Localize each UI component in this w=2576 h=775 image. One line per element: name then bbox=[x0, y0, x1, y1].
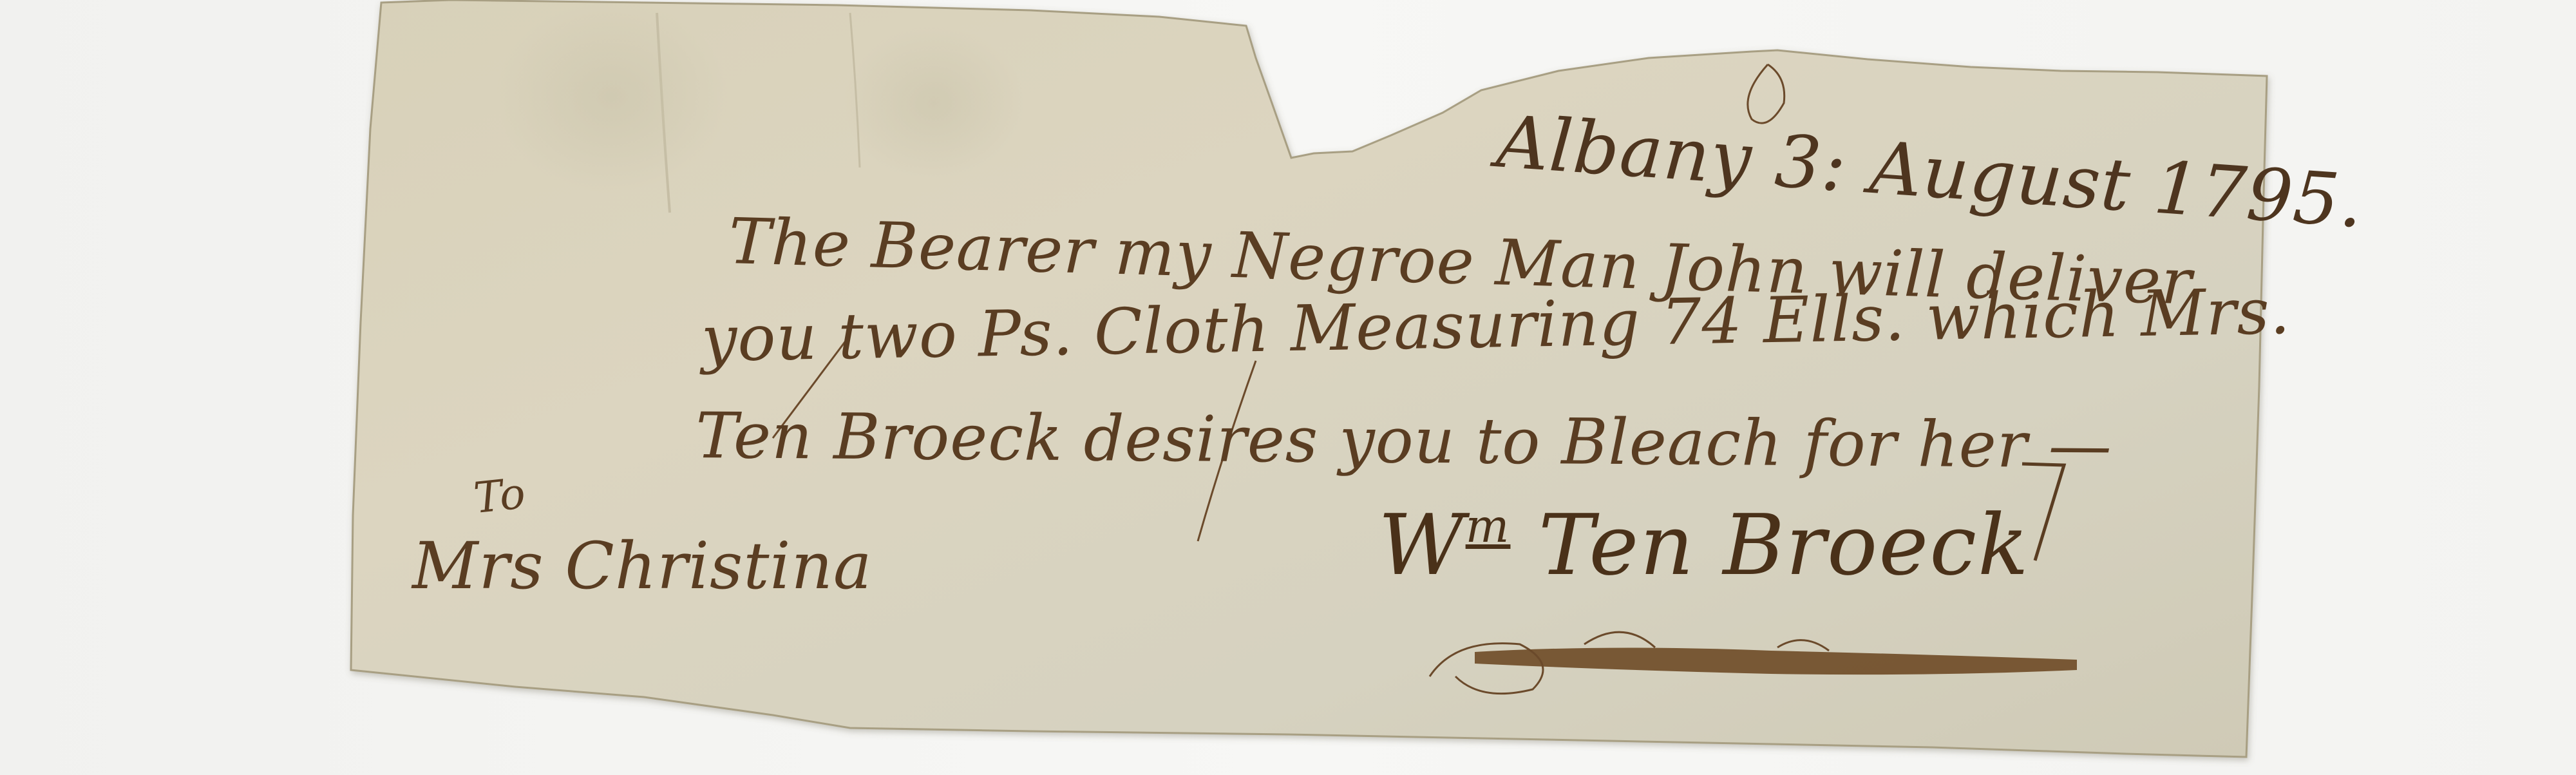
addressee-title: Mrs bbox=[412, 528, 544, 604]
signature-initial: W bbox=[1378, 496, 1466, 594]
address-to-label: To bbox=[471, 468, 528, 523]
addressee-name: Christina bbox=[544, 528, 873, 604]
letter-body-line-3: Ten Broeck desires you to Bleach for her… bbox=[696, 399, 2112, 483]
signature-surname: Ten Broeck bbox=[1510, 496, 2029, 594]
paper-sheet bbox=[0, 0, 2576, 775]
scan-background: Albany 3: August 1795. The Bearer my Neg… bbox=[0, 0, 2576, 775]
addressee: Mrs Christina bbox=[412, 528, 873, 604]
signature: Wm Ten Broeck bbox=[1378, 496, 2030, 594]
signature-superscript: m bbox=[1466, 499, 1511, 553]
